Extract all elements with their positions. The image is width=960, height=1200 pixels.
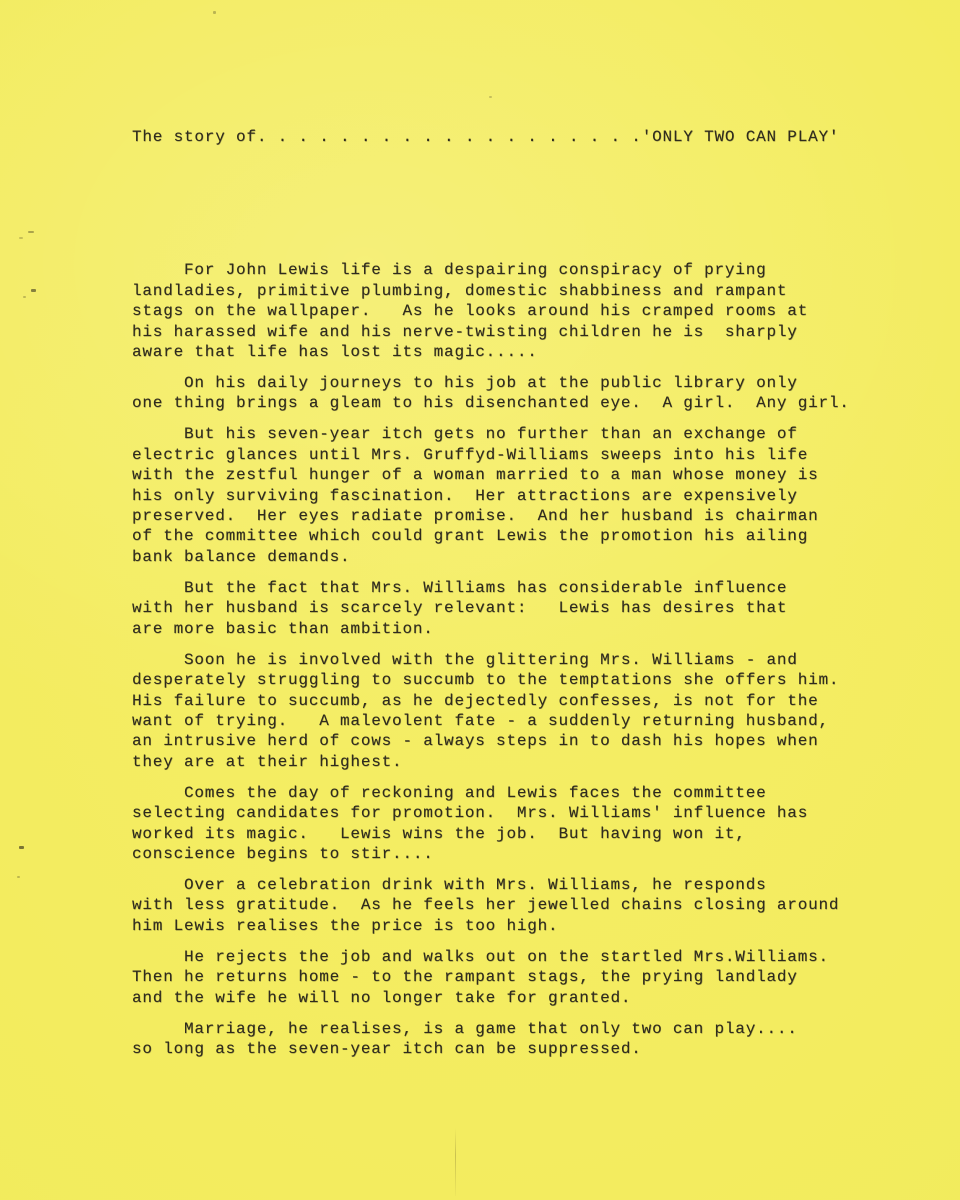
paper-crease xyxy=(455,1128,456,1196)
text-line: worked its magic. Lewis wins the job. Bu… xyxy=(132,824,862,844)
text-line: and the wife he will no longer take for … xyxy=(132,988,862,1008)
title-prefix: The story of xyxy=(132,128,257,146)
text-line: an intrusive herd of cows - always steps… xyxy=(132,731,862,751)
text-line: with less gratitude. As he feels her jew… xyxy=(132,895,862,915)
text-line: Comes the day of reckoning and Lewis fac… xyxy=(132,783,862,803)
paragraph: Over a celebration drink with Mrs. Willi… xyxy=(132,875,862,936)
paragraph: For John Lewis life is a despairing cons… xyxy=(132,260,862,362)
paper-speck xyxy=(213,11,216,14)
paper-sheet: The story of. . . . . . . . . . . . . . … xyxy=(0,0,960,1200)
text-line: His failure to succumb, as he dejectedly… xyxy=(132,691,862,711)
paragraph: But the fact that Mrs. Williams has cons… xyxy=(132,578,862,639)
text-line: him Lewis realises the price is too high… xyxy=(132,916,862,936)
paper-speck xyxy=(28,231,34,233)
text-line: with the zestful hunger of a woman marri… xyxy=(132,465,862,485)
text-line: so long as the seven-year itch can be su… xyxy=(132,1039,862,1059)
text-line: desperately struggling to succumb to the… xyxy=(132,670,862,690)
paragraph: But his seven-year itch gets no further … xyxy=(132,424,862,567)
text-line: selecting candidates for promotion. Mrs.… xyxy=(132,803,862,823)
paper-speck xyxy=(19,237,23,239)
paper-speck xyxy=(17,876,20,878)
text-line: they are at their highest. xyxy=(132,752,862,772)
text-line: For John Lewis life is a despairing cons… xyxy=(132,260,862,280)
leader-dots: . . . . . . . . . . . . . . . . . . . xyxy=(257,128,642,146)
text-line: stags on the wallpaper. As he looks arou… xyxy=(132,301,862,321)
text-line: bank balance demands. xyxy=(132,547,862,567)
text-line: want of trying. A malevolent fate - a su… xyxy=(132,711,862,731)
paper-speck xyxy=(19,846,24,849)
paragraph: On his daily journeys to his job at the … xyxy=(132,373,862,414)
synopsis-document: The story of. . . . . . . . . . . . . . … xyxy=(132,127,862,1059)
text-line: one thing brings a gleam to his disencha… xyxy=(132,393,862,413)
text-line: electric glances until Mrs. Gruffyd-Will… xyxy=(132,445,862,465)
text-line: Soon he is involved with the glittering … xyxy=(132,650,862,670)
paper-speck xyxy=(23,296,26,298)
paragraph: Soon he is involved with the glittering … xyxy=(132,650,862,772)
text-line: He rejects the job and walks out on the … xyxy=(132,947,862,967)
text-line: But the fact that Mrs. Williams has cons… xyxy=(132,578,862,598)
text-line: Over a celebration drink with Mrs. Willi… xyxy=(132,875,862,895)
text-line: his only surviving fascination. Her attr… xyxy=(132,486,862,506)
text-line: his harassed wife and his nerve-twisting… xyxy=(132,322,862,342)
text-line: with her husband is scarcely relevant: L… xyxy=(132,598,862,618)
paragraph: Marriage, he realises, is a game that on… xyxy=(132,1019,862,1060)
paper-speck xyxy=(31,289,36,292)
text-line: landladies, primitive plumbing, domestic… xyxy=(132,281,862,301)
text-line: aware that life has lost its magic..... xyxy=(132,342,862,362)
paragraph: Comes the day of reckoning and Lewis fac… xyxy=(132,783,862,865)
paragraphs: For John Lewis life is a despairing cons… xyxy=(132,260,862,1059)
title-line: The story of. . . . . . . . . . . . . . … xyxy=(132,127,862,147)
text-line: Marriage, he realises, is a game that on… xyxy=(132,1019,862,1039)
text-line: On his daily journeys to his job at the … xyxy=(132,373,862,393)
text-line: are more basic than ambition. xyxy=(132,619,862,639)
paper-speck xyxy=(489,96,492,98)
film-title: 'ONLY TWO CAN PLAY' xyxy=(642,128,840,146)
text-line: conscience begins to stir.... xyxy=(132,844,862,864)
paragraph: He rejects the job and walks out on the … xyxy=(132,947,862,1008)
text-line: of the committee which could grant Lewis… xyxy=(132,526,862,546)
text-line: Then he returns home - to the rampant st… xyxy=(132,967,862,987)
text-line: preserved. Her eyes radiate promise. And… xyxy=(132,506,862,526)
text-line: But his seven-year itch gets no further … xyxy=(132,424,862,444)
